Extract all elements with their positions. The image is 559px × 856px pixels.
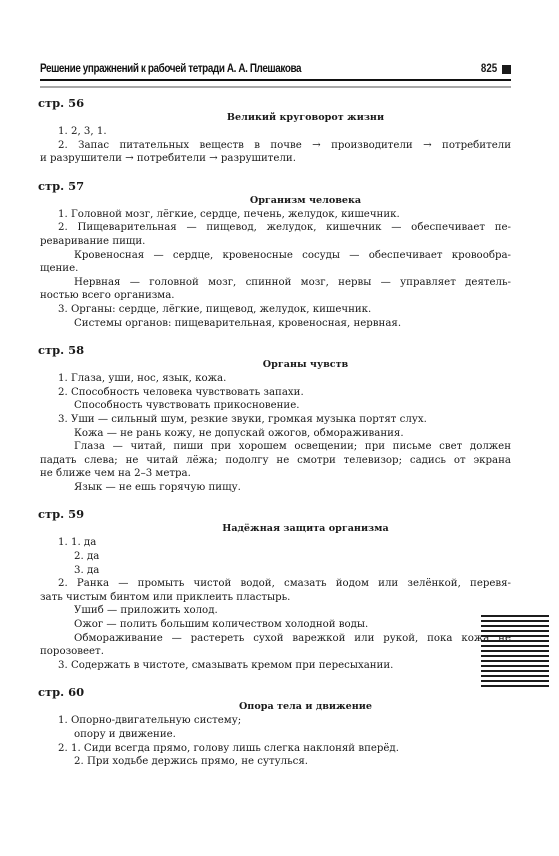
- text-line: Системы органов: пищеварительная, кровен…: [40, 317, 511, 331]
- header-rule-grey: [40, 86, 511, 88]
- section-title: Опора тела и движение: [100, 700, 511, 714]
- stripe: [481, 625, 549, 627]
- text-line: падать слева; не читай лёжа; подолгу не …: [40, 454, 511, 468]
- text-line: 3. да: [40, 564, 511, 578]
- text-line: реваривание пищи.: [40, 235, 511, 249]
- square-marker-icon: [502, 65, 511, 74]
- text-line: 2. 1. Сиди всегда прямо, голову лишь сле…: [40, 742, 511, 756]
- text-line: Кожа — не рань кожу, не допускай ожогов,…: [40, 427, 511, 441]
- stripe: [481, 615, 549, 617]
- header-title: Решение упражнений к рабочей тетради А. …: [40, 63, 301, 75]
- text-line: Обмораживание — растереть сухой варежкой…: [40, 632, 511, 646]
- stripe: [481, 675, 549, 677]
- text-line: 2. При ходьбе держись прямо, не сутулься…: [40, 755, 511, 769]
- stripe: [481, 620, 549, 622]
- text-line: 1. Головной мозг, лёгкие, сердце, печень…: [40, 208, 511, 222]
- text-line: 2. Способность человека чувствовать запа…: [40, 386, 511, 400]
- page-label: стр. 60: [38, 684, 511, 700]
- text-line: Глаза — читай, пиши при хорошем освещени…: [40, 440, 511, 454]
- text-line: Способность чувствовать прикосновение.: [40, 399, 511, 413]
- text-line: опору и движение.: [40, 728, 511, 742]
- stripe: [481, 665, 549, 667]
- text-line: Язык — не ешь горячую пищу.: [40, 481, 511, 495]
- text-line: 3. Содержать в чистоте, смазывать кремом…: [40, 659, 511, 673]
- section-title: Организм человека: [100, 194, 511, 208]
- page-label: стр. 59: [38, 506, 511, 522]
- text-line: 2. Ранка — промыть чистой водой, смазать…: [40, 577, 511, 591]
- text-line: 1. 1. да: [40, 536, 511, 550]
- section: стр. 56Великий круговорот жизни1. 2, 3, …: [40, 95, 511, 166]
- page-label: стр. 57: [38, 178, 511, 194]
- section-title: Органы чувств: [100, 358, 511, 372]
- text-line: Ушиб — приложить холод.: [40, 604, 511, 618]
- text-line: не ближе чем на 2–3 метра.: [40, 467, 511, 481]
- text-line: 1. Опорно-двигательную систему;: [40, 714, 511, 728]
- stripe: [481, 650, 549, 652]
- stripe: [481, 640, 549, 642]
- stripe: [481, 635, 549, 637]
- section: стр. 59Надёжная защита организма1. 1. да…: [40, 506, 511, 672]
- stripe: [481, 670, 549, 672]
- page-content: стр. 56Великий круговорот жизни1. 2, 3, …: [40, 95, 511, 781]
- text-line: 3. Органы: сердце, лёгкие, пищевод, желу…: [40, 303, 511, 317]
- page-number: 825: [481, 63, 497, 75]
- section: стр. 60Опора тела и движение1. Опорно-дв…: [40, 684, 511, 768]
- text-line: 2. Запас питательных веществ в почве → п…: [40, 139, 511, 153]
- text-line: 3. Уши — сильный шум, резкие звуки, гром…: [40, 413, 511, 427]
- thumb-index-stripes: [481, 615, 549, 689]
- section: стр. 58Органы чувств1. Глаза, уши, нос, …: [40, 342, 511, 494]
- stripe: [481, 655, 549, 657]
- stripe: [481, 645, 549, 647]
- running-header: Решение упражнений к рабочей тетради А. …: [40, 63, 511, 77]
- section: стр. 57Организм человека1. Головной мозг…: [40, 178, 511, 330]
- stripe: [481, 660, 549, 662]
- text-line: 2. Пищеварительная — пищевод, желудок, к…: [40, 221, 511, 235]
- stripe: [481, 680, 549, 682]
- text-line: Кровеносная — сердце, кровеносные сосуды…: [40, 249, 511, 263]
- stripe: [481, 630, 549, 632]
- page-label: стр. 58: [38, 342, 511, 358]
- text-line: ностью всего организма.: [40, 289, 511, 303]
- text-line: 2. да: [40, 550, 511, 564]
- page-label: стр. 56: [38, 95, 511, 111]
- text-line: 1. 2, 3, 1.: [40, 125, 511, 139]
- text-line: и разрушители → потребители → разрушител…: [40, 152, 511, 166]
- text-line: 1. Глаза, уши, нос, язык, кожа.: [40, 372, 511, 386]
- header-rule-black: [40, 79, 511, 81]
- stripe: [481, 685, 549, 687]
- text-line: Нервная — головной мозг, спинной мозг, н…: [40, 276, 511, 290]
- section-title: Великий круговорот жизни: [100, 111, 511, 125]
- text-line: щение.: [40, 262, 511, 276]
- section-title: Надёжная защита организма: [100, 522, 511, 536]
- text-line: Ожог — полить большим количеством холодн…: [40, 618, 511, 632]
- text-line: зать чистым бинтом или приклеить пластыр…: [40, 591, 511, 605]
- text-line: порозовеет.: [40, 645, 511, 659]
